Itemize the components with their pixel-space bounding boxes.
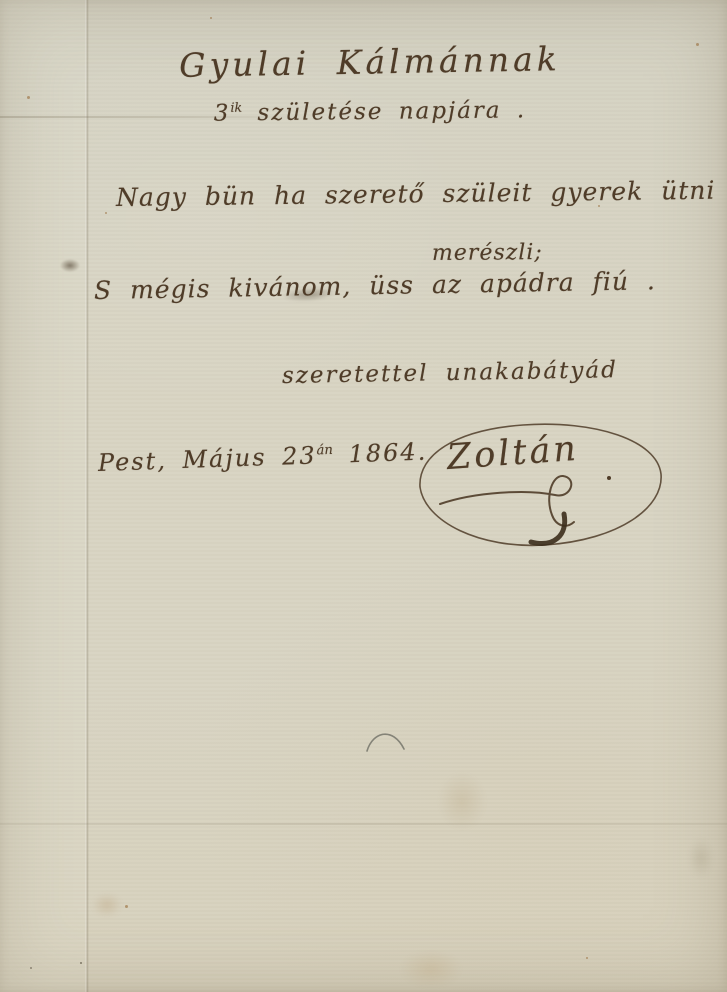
stain [92,893,122,917]
poem-line-3: S mégis kivánom, üss az apádra fiú . [94,266,656,305]
poem-line-1: Nagy bün ha szerető szüleit gyerek ütni [116,176,716,212]
dedication-subtitle: 3ik születése napjára . [205,97,535,127]
closing-line: szeretettel unakabátyád [282,357,618,389]
dedication-title: Gyulai Kálmánnak [170,39,571,85]
stain [438,772,486,830]
foxing-speck [105,212,107,214]
pencil-arc-mark [360,724,412,760]
signature-flourish [440,476,574,526]
poem-line-2: merészli; [432,240,543,266]
ordinal-superscript: ik [230,100,242,115]
date-superscript: án [316,443,333,459]
foxing-speck [125,905,128,908]
signature-period-dot [607,476,611,480]
fold-left-panel [0,0,85,992]
foxing-speck [80,962,82,964]
dateline: Pest, Május 23án 1864. [98,438,428,477]
fold-crease-vertical [85,0,89,992]
birthday-rest: születése napjára . [242,97,526,126]
foxing-speck [30,967,32,969]
stain [688,838,714,878]
stain [400,950,462,988]
foxing-speck [696,43,699,46]
manuscript-page: Gyulai Kálmánnak 3ik születése napjára .… [0,0,727,992]
fold-crease-horizontal-bottom [0,823,727,825]
foxing-speck [27,96,30,99]
foxing-speck [210,17,212,19]
birthday-number: 3 [214,100,231,126]
foxing-speck [586,957,588,959]
ink-smudge [60,259,80,272]
place-and-day: Pest, Május 23 [98,441,318,477]
signature-heavy-stroke [531,514,565,543]
